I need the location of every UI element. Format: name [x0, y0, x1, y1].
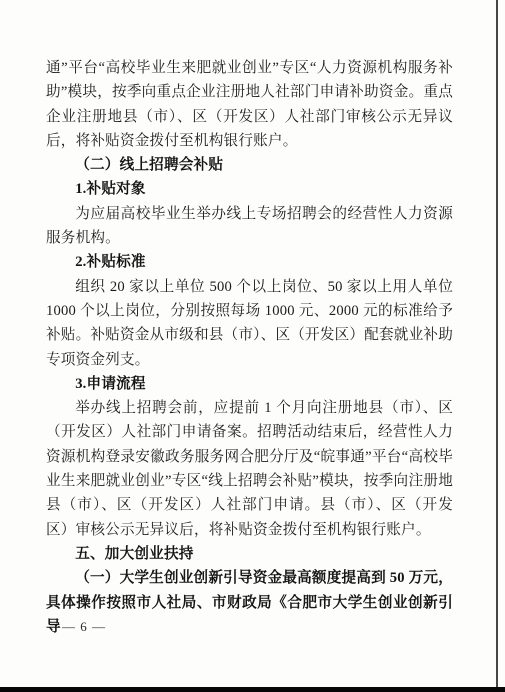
scan-right-edge-line: [496, 0, 498, 692]
paragraph-entrepreneurship-funding: （一）大学生创业创新引导资金最高额度提高到 50 万元，具体操作按照市人社局、市…: [46, 566, 453, 639]
scan-bottom-edge-bar: [0, 687, 505, 692]
heading-online-job-fair-subsidy: （二）线上招聘会补贴: [46, 153, 453, 177]
paragraph-subsidy-standard: 组织 20 家以上单位 500 个以上岗位、50 家以上用人单位 1000 个以…: [46, 275, 453, 372]
document-text-column: 通”平台“高校毕业生来肥就业创业”专区“人力资源机构服务补助”模块，按季向重点企…: [46, 56, 453, 639]
heading-entrepreneurship-support: 五、加大创业扶持: [46, 542, 453, 566]
scanned-document-page: 通”平台“高校毕业生来肥就业创业”专区“人力资源机构服务补助”模块，按季向重点企…: [0, 0, 505, 692]
heading-subsidy-standard: 2.补贴标准: [46, 250, 453, 274]
paragraph-application-process: 举办线上招聘会前，应提前 1 个月向注册地县（市）、区（开发区）人社部门申请备案…: [46, 396, 453, 542]
paragraph-subsidy-target: 为应届高校毕业生举办线上专场招聘会的经营性人力资源服务机构。: [46, 202, 453, 251]
paragraph-platform-module-continuation: 通”平台“高校毕业生来肥就业创业”专区“人力资源机构服务补助”模块，按季向重点企…: [46, 56, 453, 153]
page-number: — 6 —: [62, 619, 106, 635]
heading-application-process: 3.申请流程: [46, 372, 453, 396]
heading-subsidy-target: 1.补贴对象: [46, 177, 453, 201]
